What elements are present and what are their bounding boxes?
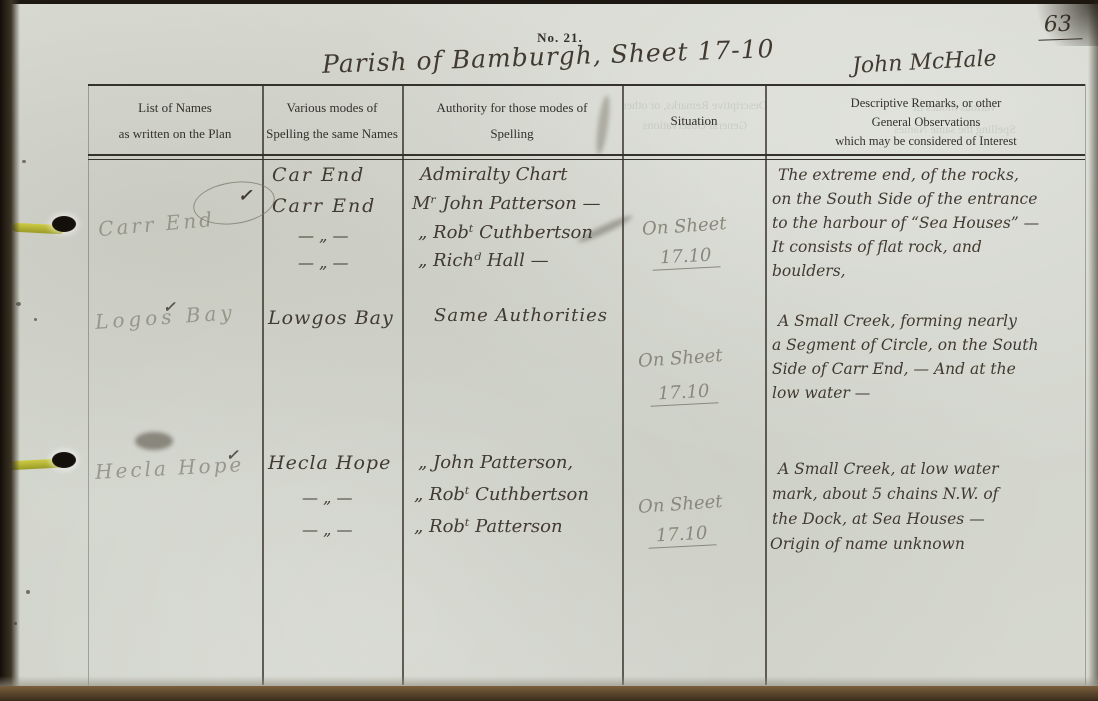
column-header-spelling: Spelling the same Names bbox=[262, 126, 402, 142]
entry-remarks-line: the Dock, at Sea Houses — bbox=[772, 510, 985, 528]
page-right-edge bbox=[1088, 0, 1098, 701]
entry-authority: Same Authorities bbox=[434, 305, 608, 326]
page-top-edge bbox=[0, 0, 1098, 4]
entry-remarks-line: on the South Side of the entrance bbox=[772, 190, 1037, 208]
entry-situation-sheet: 17.10 bbox=[649, 380, 718, 407]
punch-hole bbox=[52, 216, 76, 232]
header-top-rule bbox=[88, 84, 1085, 86]
entry-remarks-line: A Small Creek, at low water bbox=[778, 460, 999, 478]
column-divider bbox=[622, 84, 624, 685]
entry-spelling: Carr End bbox=[272, 195, 376, 217]
entry-remarks-line: It consists of flat rock, and bbox=[772, 238, 982, 256]
header-bottom-rule-2 bbox=[88, 159, 1085, 161]
entry-spelling-ditto: — „ — bbox=[298, 253, 348, 272]
entry-spelling-ditto: — „ — bbox=[298, 226, 348, 245]
entry-remarks-line: Side of Carr End, — And at the bbox=[772, 360, 1016, 378]
column-header-spelling: Various modes of bbox=[262, 100, 402, 116]
punch-hole bbox=[52, 452, 76, 468]
entry-spelling: Hecla Hope bbox=[268, 452, 391, 474]
column-divider bbox=[1085, 84, 1086, 685]
header-bottom-rule-1 bbox=[88, 154, 1085, 156]
entry-spelling: Lowgos Bay bbox=[268, 307, 394, 329]
column-header-authority: Spelling bbox=[408, 126, 616, 142]
column-header-names: as written on the Plan bbox=[95, 126, 255, 142]
entry-spelling-ditto: — „ — bbox=[302, 520, 352, 539]
entry-authority: Mʳ John Patterson — bbox=[412, 193, 601, 214]
entry-authority: „ Robᵗ Patterson bbox=[414, 516, 563, 537]
check-mark: ✓ bbox=[163, 298, 176, 316]
column-header-authority: Authority for those modes of bbox=[408, 100, 616, 116]
column-divider bbox=[262, 84, 264, 685]
entry-remarks-line: Origin of name unknown bbox=[770, 535, 965, 553]
column-divider bbox=[765, 84, 767, 685]
page-stack-edge bbox=[0, 676, 1098, 686]
ink-speck bbox=[34, 318, 37, 321]
entry-spelling-ditto: — „ — bbox=[302, 488, 352, 507]
stain-smudge bbox=[135, 432, 173, 450]
entry-authority: „ John Patterson, bbox=[418, 452, 573, 473]
entry-remarks-line: low water — bbox=[772, 384, 870, 402]
bleed-through-text: Descriptive Remarks, or other bbox=[620, 98, 770, 113]
entry-spelling: Car End bbox=[272, 164, 365, 186]
column-header-remarks: Descriptive Remarks, or other bbox=[772, 96, 1080, 111]
entry-remarks-line: a Segment of Circle, on the South bbox=[772, 336, 1038, 354]
book-binding-edge bbox=[0, 0, 20, 701]
desk-surface bbox=[0, 686, 1098, 701]
check-mark: ✓ bbox=[238, 186, 252, 206]
entry-remarks-line: boulders, bbox=[772, 262, 846, 280]
entry-remarks-line: to the harbour of “Sea Houses” — bbox=[772, 214, 1039, 232]
check-mark: ✓ bbox=[226, 446, 239, 464]
name-book-scan: Descriptive Remarks, or other General Ob… bbox=[0, 0, 1098, 701]
ink-speck bbox=[22, 160, 26, 163]
entry-authority: „ Richᵈ Hall — bbox=[418, 250, 549, 271]
column-divider bbox=[402, 84, 404, 685]
entry-authority: „ Robᵗ Cuthbertson bbox=[418, 222, 593, 243]
column-header-situation: Situation bbox=[628, 113, 760, 129]
entry-authority: „ Robᵗ Cuthbertson bbox=[414, 484, 589, 505]
ink-speck bbox=[26, 590, 30, 594]
column-header-remarks: General Observations bbox=[772, 115, 1080, 130]
entry-situation-sheet: 17.10 bbox=[651, 244, 720, 271]
entry-situation-sheet: 17.10 bbox=[647, 522, 716, 549]
entry-remarks-line: mark, about 5 chains N.W. of bbox=[772, 485, 998, 503]
entry-remarks-line: The extreme end, of the rocks, bbox=[778, 166, 1019, 184]
column-header-remarks: which may be considered of Interest bbox=[772, 134, 1080, 149]
entry-authority: Admiralty Chart bbox=[420, 164, 568, 185]
entry-remarks-line: A Small Creek, forming nearly bbox=[778, 312, 1017, 330]
page-corner-shadow bbox=[1008, 0, 1098, 46]
column-header-names: List of Names bbox=[95, 100, 255, 116]
column-divider bbox=[88, 84, 89, 685]
